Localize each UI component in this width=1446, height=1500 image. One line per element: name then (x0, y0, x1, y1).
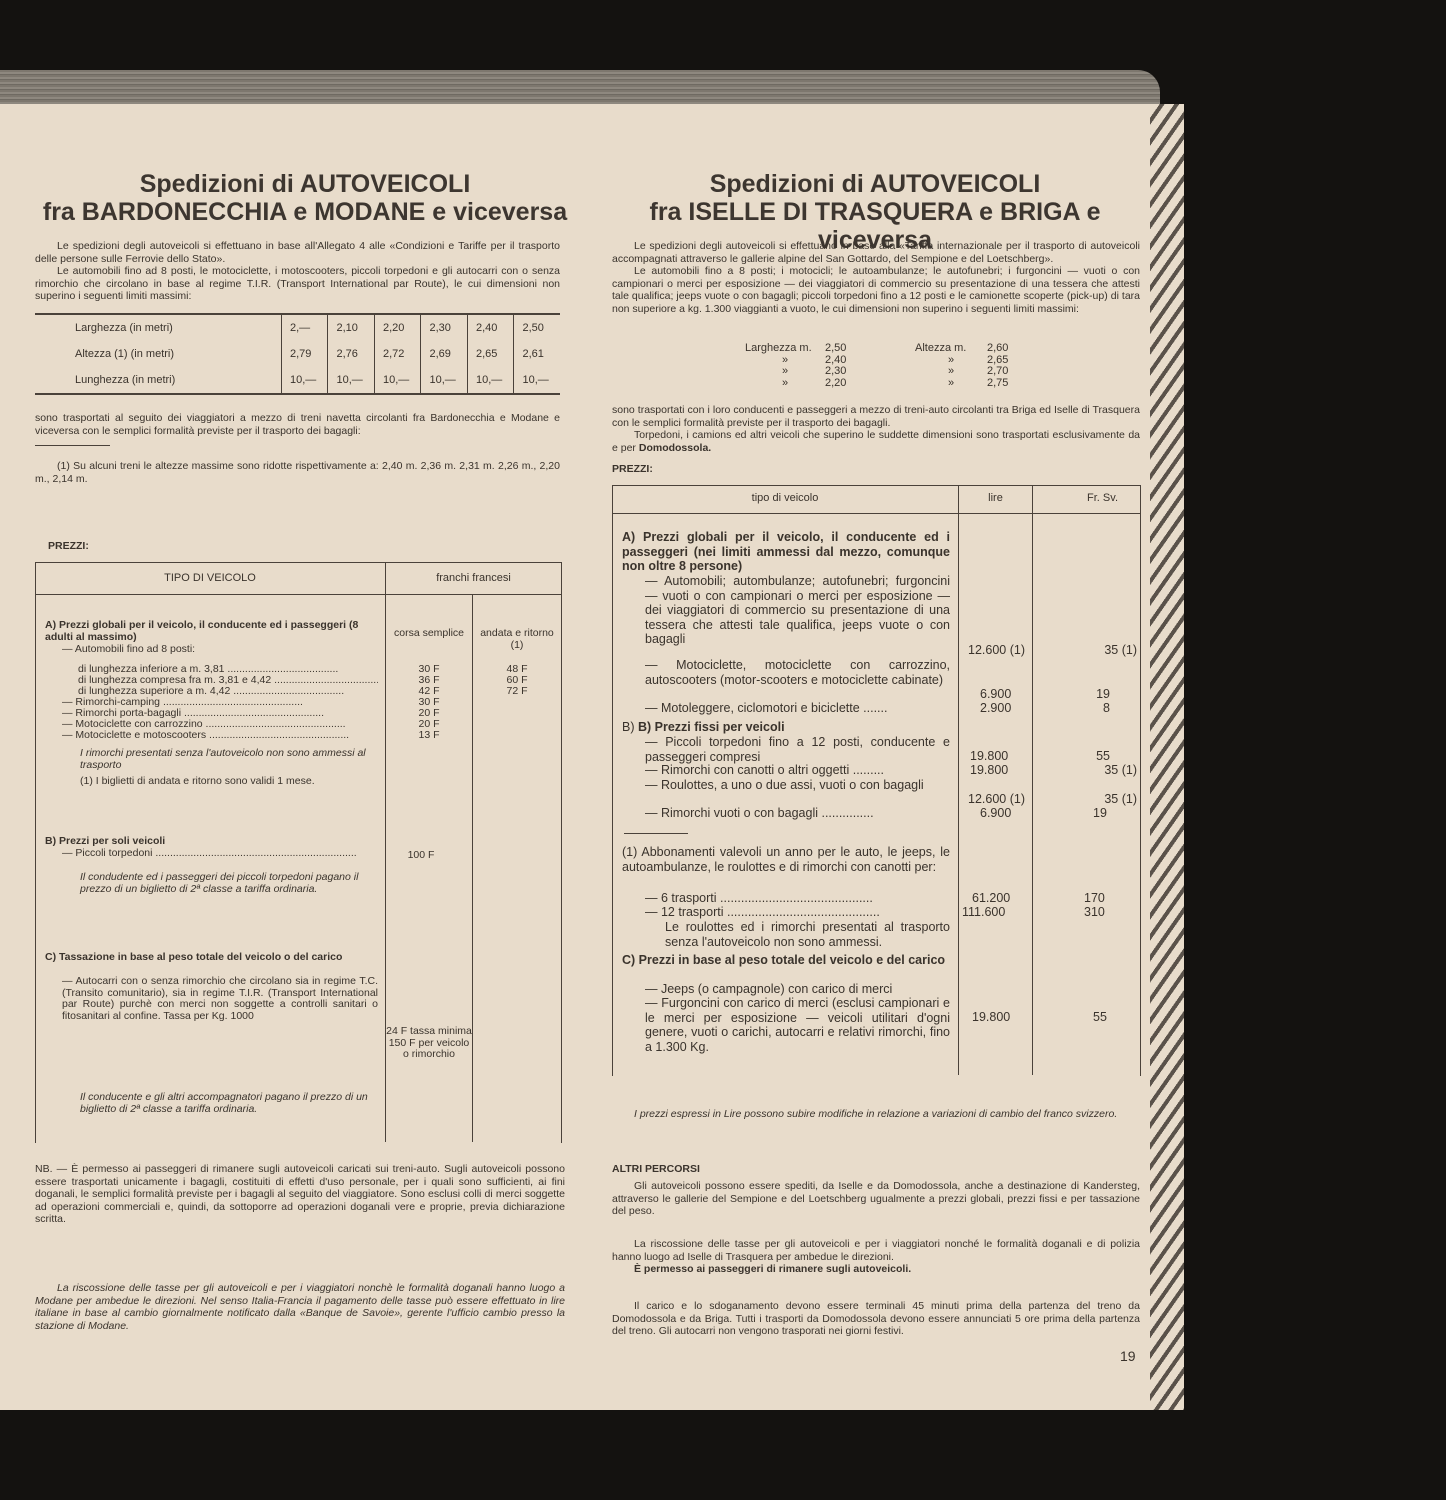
col-header-type: tipo di veicolo (612, 493, 958, 505)
price-single: 13 F (386, 730, 472, 742)
left-prezzi-label: PREZZI: (48, 540, 89, 552)
price-lire: 19.800 (970, 749, 1030, 764)
price-row-label: — Motociclette e motoscooters ..........… (62, 730, 378, 742)
right-section-c-title: C) Prezzi in base al peso totale del vei… (622, 953, 950, 968)
price-lire: 111.600 (962, 905, 1032, 920)
right-after-limits: sono trasportati con i loro conducenti e… (612, 404, 1140, 454)
limit-row: »2,20»2,75 (745, 378, 1045, 390)
price-chf: 19 (1093, 806, 1123, 821)
right-section-a-title: A) Prezzi globali per il veicolo, il con… (622, 530, 950, 574)
price-row-label: — Piccoli torpedoni ....................… (62, 848, 378, 860)
price-row-label: di lunghezza superiore a m. 4,42 .......… (78, 686, 378, 698)
dims-row: Altezza (1) (in metri) 2,79 2,76 2,72 2,… (35, 341, 560, 367)
price-lire: 6.900 (980, 687, 1040, 702)
col-divider (1032, 485, 1033, 1075)
right-prezzi-label: PREZZI: (612, 463, 653, 475)
page-number: 19 (1120, 1348, 1136, 1364)
limit-row: Larghezza m.2,50Altezza m.2,60 (745, 343, 1045, 355)
price-lire: 6.900 (980, 806, 1040, 821)
left-row-c-label: — Autocarri con o senza rimorchio che ci… (62, 976, 378, 1022)
price-row-label: — Motociclette, motociclette con carrozz… (645, 658, 950, 687)
footnote-rule (624, 833, 688, 834)
price-lire: 12.600 (1) (968, 643, 1038, 658)
left-footnote1: (1) Su alcuni treni le altezze massime s… (35, 460, 560, 485)
header-divider (612, 513, 1140, 514)
price-row-label: — 6 trasporti ..........................… (645, 891, 950, 906)
price-single: 100 F (386, 850, 456, 862)
left-note-a2: (1) I biglietti di andata e ritorno sono… (80, 776, 375, 788)
price-row-label: — Motoleggere, ciclomotori e biciclette … (645, 701, 950, 716)
left-closing-note: La riscossione delle tasse per gli autov… (35, 1282, 565, 1332)
right-intro-p1: Le spedizioni degli autoveicoli si effet… (612, 240, 1140, 265)
col-header-currency: franchi francesi (386, 573, 561, 585)
price-row-label: — Roulottes, a uno o due assi, vuoti o c… (645, 778, 950, 793)
header-divider (35, 594, 561, 595)
left-row-c-price: 24 F tassa minima 150 F per veicolo o ri… (386, 1026, 472, 1061)
price-return: 72 F (473, 686, 561, 698)
price-chf: 170 (1084, 891, 1124, 906)
col-header-single: corsa semplice (386, 628, 472, 640)
right-footnote-note: Le roulottes ed i rimorchi presentati al… (665, 920, 950, 949)
left-title: Spedizioni di AUTOVEICOLI fra BARDONECCH… (40, 170, 570, 226)
price-lire: 19.800 (970, 763, 1030, 778)
left-intro: Le spedizioni degli autoveicoli si effet… (35, 240, 560, 303)
price-lire: 61.200 (972, 891, 1032, 906)
left-dimensions-table: Larghezza (in metri) 2,— 2,10 2,20 2,30 … (35, 313, 560, 395)
price-row-label: — Jeeps (o campagnole) con carico di mer… (645, 982, 950, 997)
left-intro-p1: Le spedizioni degli autoveicoli si effet… (35, 240, 560, 265)
price-chf: 35 (1) (1033, 763, 1137, 778)
price-chf: 19 (1080, 687, 1110, 702)
col-header-type: TIPO DI VEICOLO (35, 573, 385, 585)
price-chf: 55 (1093, 1010, 1123, 1025)
right-footnote-title: (1) Abbonamenti valevoli un anno per le … (622, 845, 950, 874)
price-chf: 55 (1080, 749, 1110, 764)
col-header-return: andata e ritorno (1) (473, 628, 561, 651)
price-row-label: — Rimorchi-camping .....................… (62, 697, 378, 709)
col-header-lire: lire (959, 493, 1032, 505)
price-chf: 35 (1) (1033, 792, 1137, 807)
price-row-label: — 12 trasporti .........................… (645, 905, 950, 920)
right-intro-p2: Le automobili fino a 8 posti; i motocicl… (612, 265, 1140, 315)
right-carico-note: Il carico e lo sdoganamento devono esser… (612, 1300, 1140, 1338)
price-lire: 12.600 (1) (968, 792, 1038, 807)
price-row-label: — Motociclette con carrozzino ..........… (62, 719, 378, 731)
left-title-line1: Spedizioni di AUTOVEICOLI (40, 170, 570, 198)
limit-row: »2,30»2,70 (745, 366, 1045, 378)
price-row-label: — Furgoncini con carico di merci (esclus… (645, 996, 950, 1054)
left-after-dims: sono trasportati al seguito dei viaggiat… (35, 412, 560, 437)
dims-row: Lunghezza (in metri) 10,— 10,— 10,— 10,—… (35, 367, 560, 394)
page-stack-edge (0, 70, 1160, 106)
left-section-a-title: A) Prezzi globali per il veicolo, il con… (45, 620, 375, 643)
price-row-label: di lunghezza compresa fra m. 3,81 e 4,42… (78, 675, 378, 687)
footnote-rule (35, 445, 110, 446)
price-row-label: — Rimorchi vuoti o con bagagli .........… (645, 806, 950, 821)
left-section-b-title: B) Prezzi per soli veicoli (45, 836, 375, 848)
left-note-a1: I rimorchi presentati senza l'autoveicol… (80, 748, 375, 771)
right-altri-title: ALTRI PERCORSI (612, 1163, 700, 1175)
col-header-chf: Fr. Sv. (1033, 493, 1118, 505)
right-exchange-note: I prezzi espressi in Lire possono subire… (612, 1108, 1140, 1121)
hatched-page-edge (1150, 104, 1184, 1410)
left-note-c: Il conducente e gli altri accompagnatori… (80, 1092, 375, 1115)
price-chf: 310 (1084, 905, 1124, 920)
price-chf: 8 (1080, 701, 1110, 716)
right-title-line1: Spedizioni di AUTOVEICOLI (605, 170, 1145, 198)
left-section-a-sub: — Automobili fino ad 8 posti: (62, 644, 382, 656)
price-row-label: — Automobili; autombulanze; autofunebri;… (645, 574, 950, 647)
left-note-b: Il condudente ed i passeggeri dei piccol… (80, 872, 375, 895)
left-nb-note: NB. — È permesso ai passeggeri di rimane… (35, 1163, 565, 1226)
right-section-b-title: B) B) Prezzi fissi per veicoli (622, 720, 952, 735)
right-limits: Larghezza m.2,50Altezza m.2,60 »2,40»2,6… (745, 343, 1045, 389)
right-altri-text: Gli autoveicoli possono essere spediti, … (612, 1180, 1140, 1218)
dims-row: Larghezza (in metri) 2,— 2,10 2,20 2,30 … (35, 314, 560, 341)
left-intro-p2: Le automobili fino ad 8 posti, le motoci… (35, 265, 560, 303)
price-lire: 19.800 (972, 1010, 1032, 1025)
right-intro: Le spedizioni degli autoveicoli si effet… (612, 240, 1140, 315)
price-row-label: — Piccoli torpedoni fino a 12 posti, con… (645, 735, 950, 764)
price-lire: 2.900 (980, 701, 1040, 716)
left-section-c-title: C) Tassazione in base al peso totale del… (45, 952, 375, 964)
left-title-line2: fra BARDONECCHIA e MODANE e viceversa (40, 198, 570, 226)
right-riscossione: La riscossione delle tasse per gli autov… (612, 1238, 1140, 1276)
price-row-label: — Rimorchi con canotti o altri oggetti .… (645, 763, 950, 778)
price-row-label: — Rimorchi porta-bagagli ...............… (62, 708, 378, 720)
price-row-label: di lunghezza inferiore a m. 3,81 .......… (78, 664, 378, 676)
price-chf: 35 (1) (1033, 643, 1137, 658)
col-divider (958, 485, 959, 1075)
